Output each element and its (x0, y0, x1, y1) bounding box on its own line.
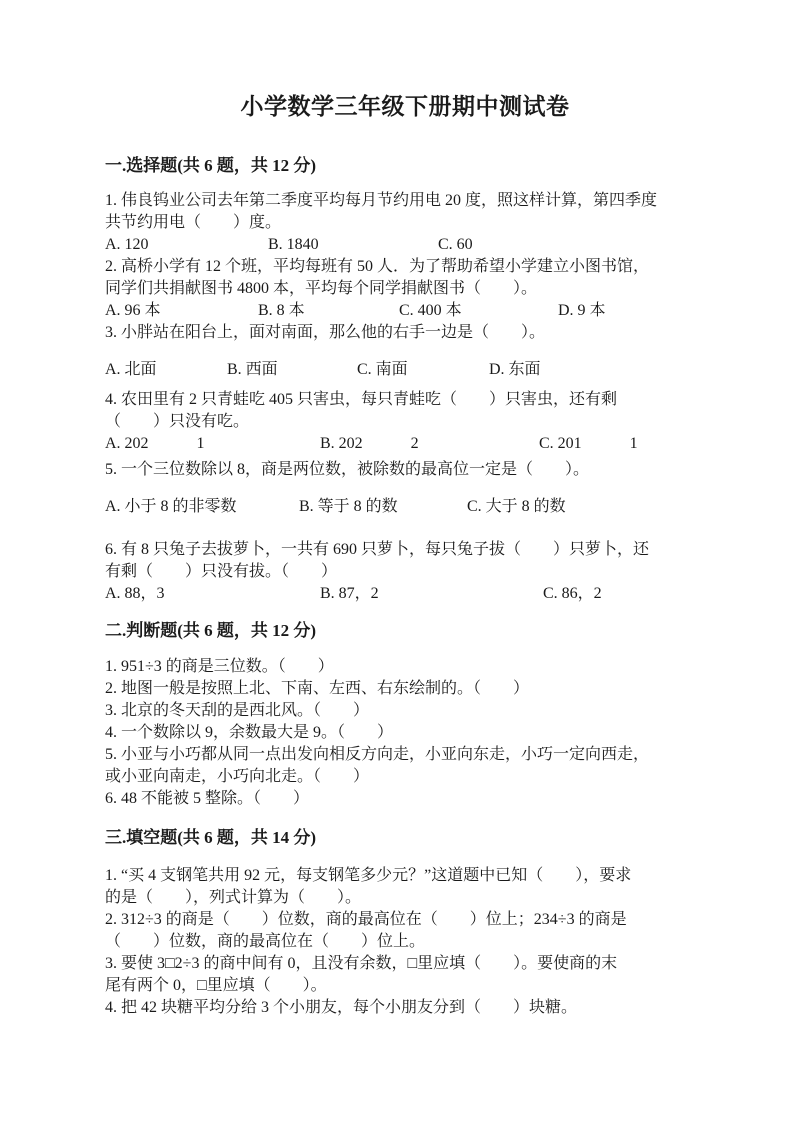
question-line: 1. 951÷3 的商是三位数。（ ） (105, 656, 705, 678)
question-line: 4. 把 42 块糖平均分给 3 个小朋友，每个小朋友分到（ ）块糖。 (105, 997, 705, 1019)
question-line: 3. 小胖站在阳台上，面对南面，那么他的右手一边是（ ）。 (105, 322, 705, 344)
question-line: 5. 小亚与小巧都从同一点出发向相反方向走，小亚向东走，小巧一定向西走， (105, 744, 705, 766)
question-line: （ ）位数，商的最高位在（ ）位上。 (105, 931, 705, 953)
option: B. 202 2 (320, 433, 419, 455)
section-judge: 二.判断题(共 6 题，共 12 分) 1. 951÷3 的商是三位数。（ ） … (105, 619, 705, 810)
question-line: 3. 要使 3□2÷3 的商中间有 0，且没有余数，□里应填（ ）。要使商的末 (105, 953, 705, 975)
question-line: 2. 高桥小学有 12 个班，平均每班有 50 人．为了帮助希望小学建立小图书馆… (105, 256, 705, 278)
option: C. 400 本 (399, 300, 462, 322)
option: A. 96 本 (105, 300, 161, 322)
options-row: A. 小于 8 的非零数 B. 等于 8 的数 C. 大于 8 的数 (105, 496, 705, 518)
option: B. 等于 8 的数 (299, 496, 398, 518)
option: B. 87，2 (320, 583, 379, 605)
option: A. 小于 8 的非零数 (105, 496, 237, 518)
option: A. 120 (105, 234, 149, 256)
question-line: 共节约用电（ ）度。 (105, 212, 705, 234)
question-line: 1. 伟良钨业公司去年第二季度平均每月节约用电 20 度，照这样计算，第四季度 (105, 190, 705, 212)
question-line: 6. 48 不能被 5 整除。（ ） (105, 788, 705, 810)
option: C. 60 (438, 234, 473, 256)
options-row: A. 202 1 B. 202 2 C. 201 1 (105, 433, 705, 455)
options-row: A. 北面 B. 西面 C. 南面 D. 东面 (105, 359, 705, 381)
options-row: A. 96 本 B. 8 本 C. 400 本 D. 9 本 (105, 300, 705, 322)
question-line: 2. 地图一般是按照上北、下南、左西、右东绘制的。（ ） (105, 678, 705, 700)
question: 2. 高桥小学有 12 个班，平均每班有 50 人．为了帮助希望小学建立小图书馆… (105, 256, 705, 322)
question-line: 2. 312÷3 的商是（ ）位数，商的最高位在（ ）位上；234÷3 的商是 (105, 909, 705, 931)
option: A. 88，3 (105, 583, 165, 605)
question-line: 4. 农田里有 2 只青蛙吃 405 只害虫，每只青蛙吃（ ）只害虫，还有剩 (105, 389, 705, 411)
section-fill: 三.填空题(共 6 题，共 14 分) 1. “买 4 支钢笔共用 92 元，每… (105, 826, 705, 1019)
question: 4. 农田里有 2 只青蛙吃 405 只害虫，每只青蛙吃（ ）只害虫，还有剩 （… (105, 389, 705, 455)
options-row: A. 88，3 B. 87，2 C. 86，2 (105, 583, 705, 605)
question-line: 1. “买 4 支钢笔共用 92 元，每支钢笔多少元？”这道题中已知（ ），要求 (105, 865, 705, 887)
option: C. 大于 8 的数 (467, 496, 566, 518)
question-line: 有剩（ ）只没有拔。（ ） (105, 561, 705, 583)
option: D. 东面 (489, 359, 541, 381)
options-row: A. 120 B. 1840 C. 60 (105, 234, 705, 256)
option: D. 9 本 (558, 300, 606, 322)
question-line: 4. 一个数除以 9，余数最大是 9。（ ） (105, 722, 705, 744)
question-line: 3. 北京的冬天刮的是西北风。（ ） (105, 700, 705, 722)
option: C. 86，2 (543, 583, 602, 605)
exam-page: 小学数学三年级下册期中测试卷 一.选择题(共 6 题，共 12 分) 1. 伟良… (0, 0, 800, 1131)
option: B. 8 本 (258, 300, 305, 322)
question-line: 5. 一个三位数除以 8，商是两位数，被除数的最高位一定是（ ）。 (105, 459, 705, 481)
question-line: 6. 有 8 只兔子去拔萝卜，一共有 690 只萝卜，每只兔子拔（ ）只萝卜，还 (105, 539, 705, 561)
question-line: （ ）只没有吃。 (105, 411, 705, 433)
question: 1. 伟良钨业公司去年第二季度平均每月节约用电 20 度，照这样计算，第四季度 … (105, 190, 705, 256)
section-heading: 三.填空题(共 6 题，共 14 分) (105, 826, 705, 850)
option: B. 西面 (227, 359, 278, 381)
option: B. 1840 (268, 234, 319, 256)
question: 5. 一个三位数除以 8，商是两位数，被除数的最高位一定是（ ）。 A. 小于 … (105, 459, 705, 518)
option: C. 南面 (357, 359, 408, 381)
question: 6. 有 8 只兔子去拔萝卜，一共有 690 只萝卜，每只兔子拔（ ）只萝卜，还… (105, 539, 705, 605)
option: C. 201 1 (539, 433, 638, 455)
section-choice: 一.选择题(共 6 题，共 12 分) 1. 伟良钨业公司去年第二季度平均每月节… (105, 154, 705, 605)
option: A. 北面 (105, 359, 157, 381)
doc-title: 小学数学三年级下册期中测试卷 (105, 92, 705, 122)
question-line: 同学们共捐献图书 4800 本，平均每个同学捐献图书（ ）。 (105, 278, 705, 300)
section-heading: 一.选择题(共 6 题，共 12 分) (105, 154, 705, 178)
section-heading: 二.判断题(共 6 题，共 12 分) (105, 619, 705, 643)
question-line: 尾有两个 0，□里应填（ ）。 (105, 975, 705, 997)
question-line: 的是（ ），列式计算为（ ）。 (105, 887, 705, 909)
question: 3. 小胖站在阳台上，面对南面，那么他的右手一边是（ ）。 A. 北面 B. 西… (105, 322, 705, 381)
question-line: 或小亚向南走，小巧向北走。（ ） (105, 766, 705, 788)
option: A. 202 1 (105, 433, 205, 455)
